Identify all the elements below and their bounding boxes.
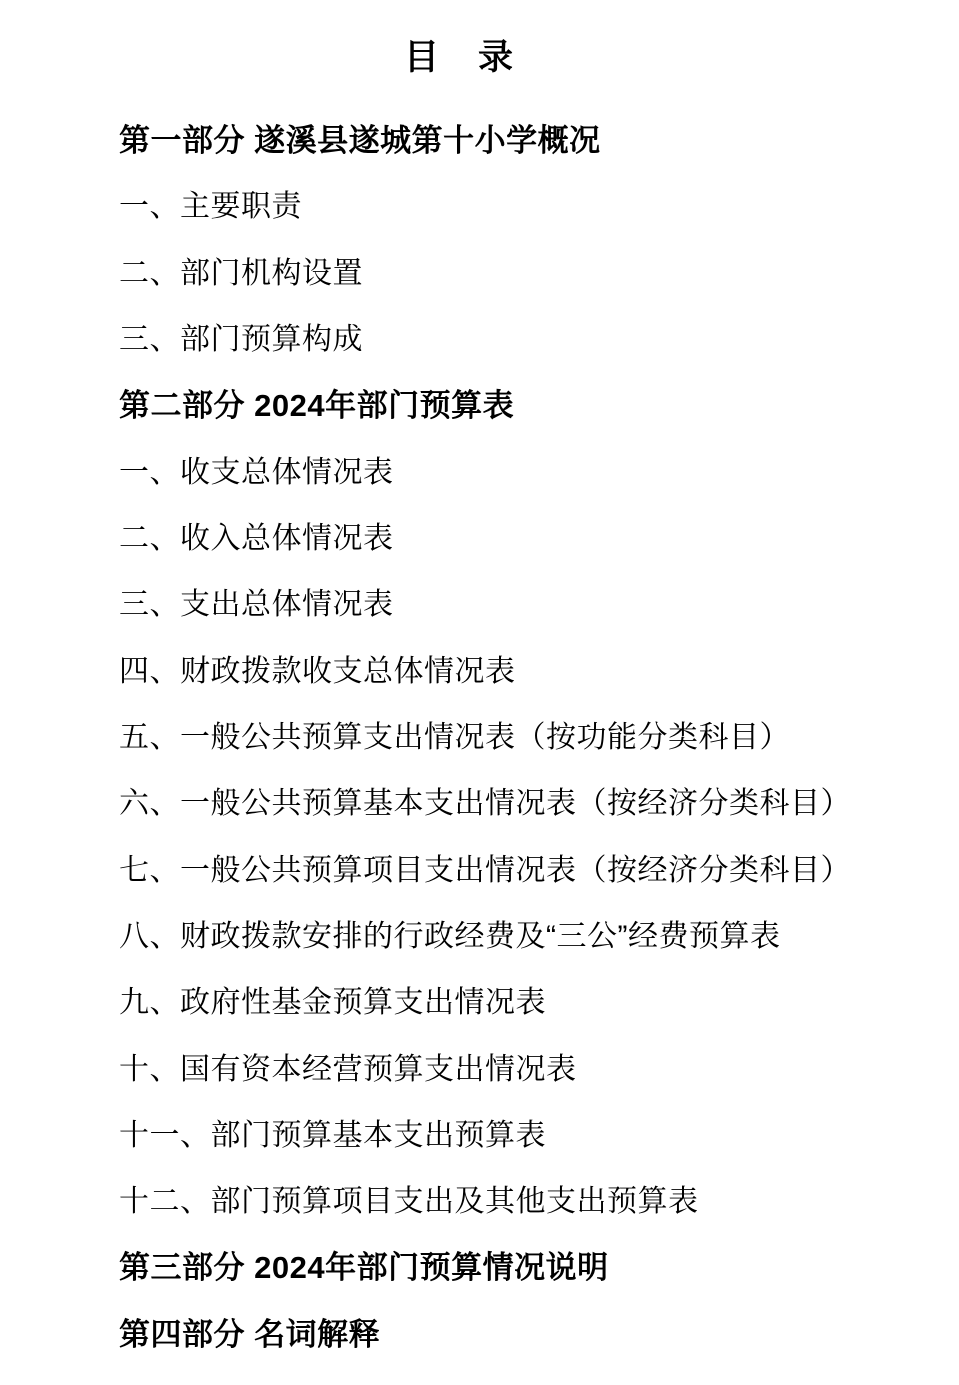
toc-item-2-11: 十一、部门预算基本支出预算表	[119, 1099, 919, 1165]
toc-item-2-8: 八、财政拨款安排的行政经费及“三公”经费预算表	[119, 900, 919, 966]
toc-item-2-6: 六、一般公共预算基本支出情况表（按经济分类科目）	[119, 767, 919, 833]
toc-item-2-1: 一、收支总体情况表	[119, 436, 919, 502]
toc-item-2-5: 五、一般公共预算支出情况表（按功能分类科目）	[119, 701, 919, 767]
toc-item-1-3: 三、部门预算构成	[119, 303, 919, 369]
table-of-contents: 第一部分 遂溪县遂城第十小学概况 一、主要职责 二、部门机构设置 三、部门预算构…	[119, 104, 919, 1364]
toc-part4-heading: 第四部分 名词解释	[119, 1298, 919, 1364]
toc-item-2-7: 七、一般公共预算项目支出情况表（按经济分类科目）	[119, 834, 919, 900]
toc-part3-heading: 第三部分 2024年部门预算情况说明	[119, 1232, 919, 1298]
toc-item-2-4: 四、财政拨款收支总体情况表	[119, 635, 919, 701]
toc-item-1-2: 二、部门机构设置	[119, 237, 919, 303]
toc-item-2-3: 三、支出总体情况表	[119, 568, 919, 634]
toc-item-1-1: 一、主要职责	[119, 170, 919, 236]
toc-item-2-2: 二、收入总体情况表	[119, 502, 919, 568]
document-page: 目 录 第一部分 遂溪县遂城第十小学概况 一、主要职责 二、部门机构设置 三、部…	[0, 0, 959, 1385]
toc-item-2-10: 十、国有资本经营预算支出情况表	[119, 1033, 919, 1099]
toc-item-2-9: 九、政府性基金预算支出情况表	[119, 966, 919, 1032]
document-title: 目 录	[0, 30, 919, 80]
toc-part1-heading: 第一部分 遂溪县遂城第十小学概况	[119, 104, 919, 170]
toc-part2-heading: 第二部分 2024年部门预算表	[119, 369, 919, 435]
toc-item-2-12: 十二、部门预算项目支出及其他支出预算表	[119, 1165, 919, 1231]
